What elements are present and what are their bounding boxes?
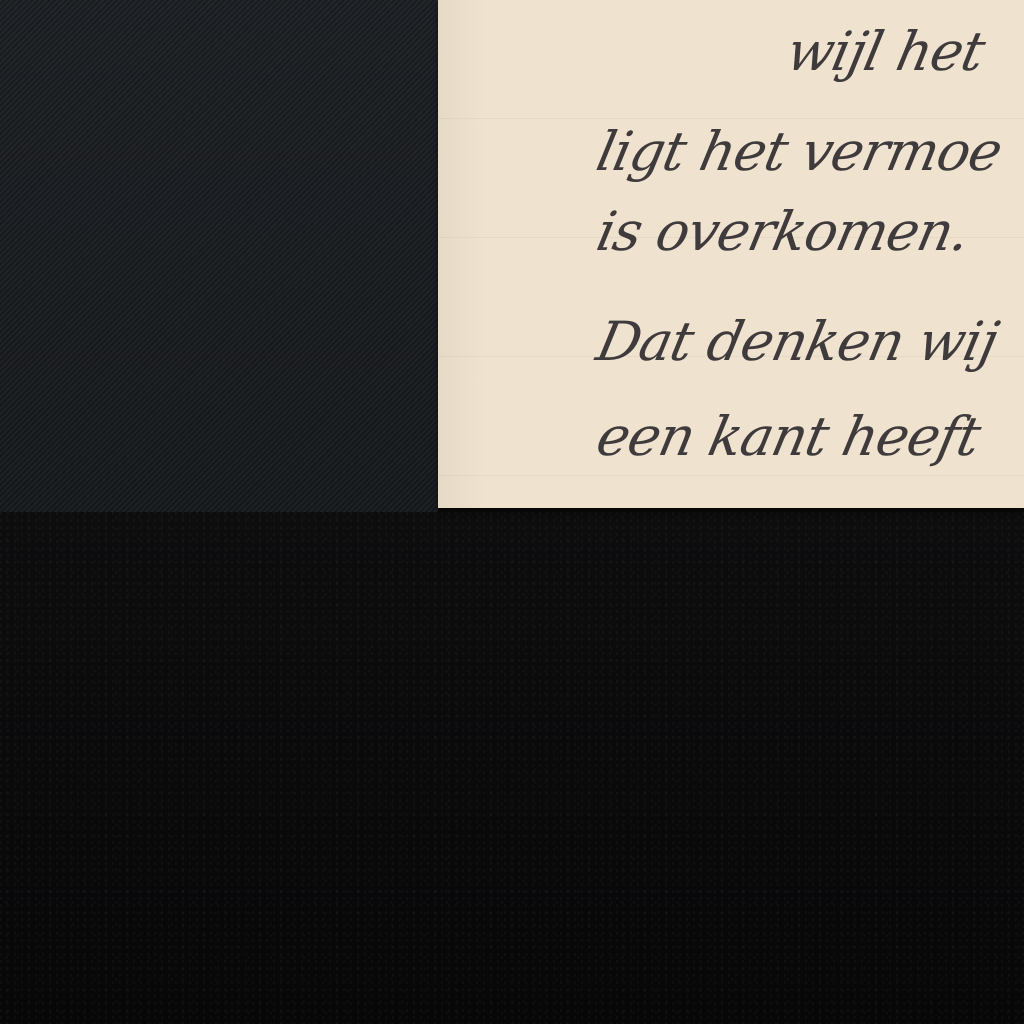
fabric-background-bottom	[0, 512, 1024, 1024]
photo-scene: wijl het ligt het vermoe is overkomen. D…	[0, 0, 1024, 1024]
handwriting-line: Dat denken wij	[591, 310, 1003, 373]
letter-paper: wijl het ligt het vermoe is overkomen. D…	[438, 0, 1024, 508]
handwriting-line: is overkomen.	[591, 200, 975, 263]
fabric-background-top	[0, 0, 438, 512]
handwriting-line: een kant heeft	[591, 405, 985, 468]
handwriting-line: wijl het	[781, 20, 990, 83]
handwriting-line: ligt het vermoe	[591, 120, 1007, 183]
